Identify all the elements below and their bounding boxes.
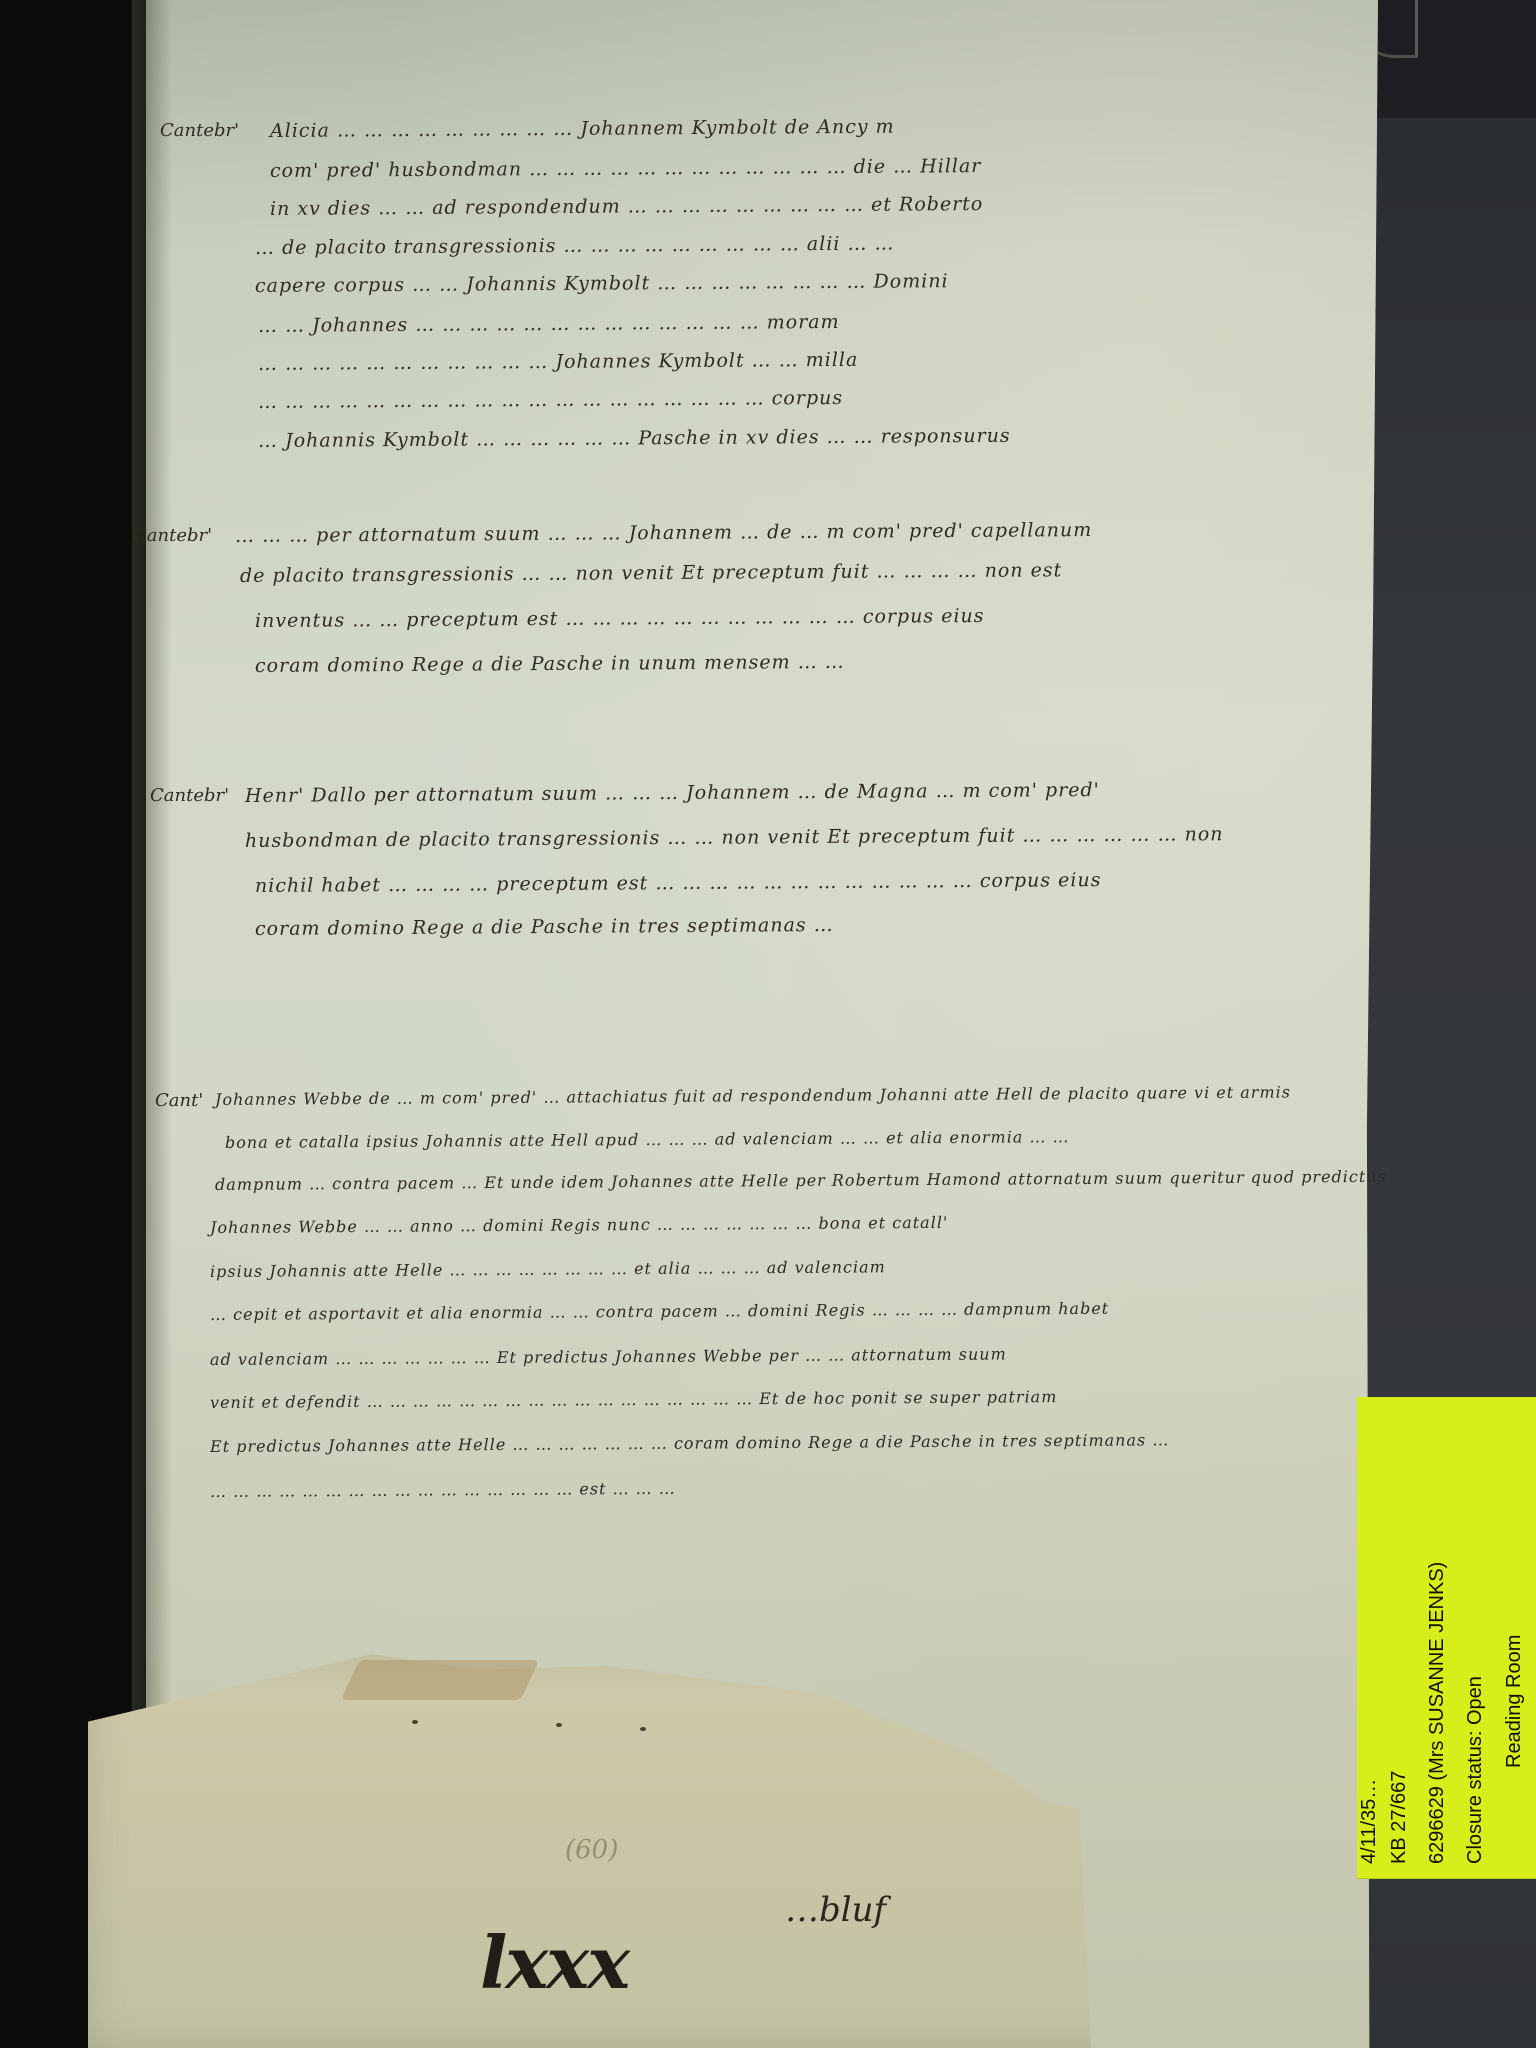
margin-heading: Cantebr' [160, 120, 239, 141]
manuscript-line: … … Johannes … … … … … … … … … … … … … m… [258, 311, 840, 337]
margin-heading: Cant' [155, 1090, 203, 1111]
ticket-closure-status: Closure status: Open [1465, 1676, 1485, 1864]
folio-number: (60) [565, 1835, 618, 1865]
ticket-reader: 6296629 (Mrs SUSANNE JENKS) [1427, 1562, 1447, 1864]
margin-heading: Cantebr' [133, 525, 212, 546]
manuscript-line: … … … … … … … … … … … … … … … … est … … … [210, 1479, 676, 1501]
ticket-reference: KB 27/667 [1389, 1771, 1409, 1864]
manuscript-line: … de placito transgressionis … … … … … …… [255, 233, 895, 259]
endorsement-large: lxxx [480, 1920, 628, 2005]
flap-stain [341, 1660, 540, 1700]
endorsement-small: …bluf [785, 1890, 886, 1930]
manuscript-line: coram domino Rege a die Pasche in tres s… [255, 914, 834, 940]
manuscript-line: coram domino Rege a die Pasche in unum m… [255, 651, 845, 677]
margin-heading: Cantebr' [150, 785, 229, 806]
archive-order-ticket: 4/11/35… KB 27/667 6296629 (Mrs SUSANNE … [1357, 1397, 1536, 1878]
ticket-date: 4/11/35… [1359, 1779, 1379, 1864]
ticket-location: Reading Room [1504, 1635, 1524, 1768]
manuscript-line: … … … … … … … … … … … Johannes Kymbolt …… [258, 349, 858, 375]
ink-spot [412, 1720, 418, 1724]
ink-spot [556, 1723, 562, 1727]
manuscript-line: … … … … … … … … … … … … … … … … … … … co… [258, 387, 843, 413]
manuscript-line: Alicia … … … … … … … … … Johannem Kymbol… [270, 116, 895, 142]
ink-spot [640, 1727, 646, 1731]
